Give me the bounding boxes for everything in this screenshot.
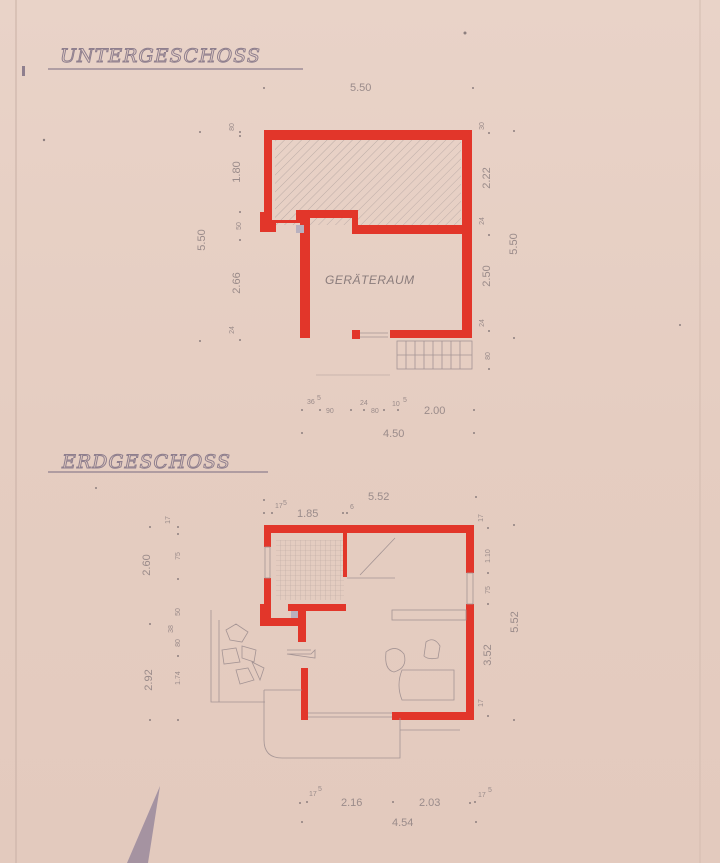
dim-top-overall: 5.52 (368, 491, 389, 503)
basement-plan: UNTERGESCHOSS (48, 45, 520, 440)
ground-floor-top-dims: 17 5 1.85 6 5.52 (263, 491, 477, 520)
window-east (467, 573, 473, 604)
svg-text:17: 17 (275, 503, 283, 510)
svg-text:5: 5 (488, 787, 492, 794)
chimney-square (296, 225, 304, 233)
svg-text:2.16: 2.16 (341, 797, 362, 809)
svg-text:5: 5 (318, 786, 322, 793)
svg-text:6: 6 (350, 504, 354, 511)
svg-text:75: 75 (485, 586, 492, 594)
ground-floor-title: ERDGESCHOSS (61, 451, 231, 473)
ground-floor-bottom-dims: 17 5 2.16 2.03 17 5 4.54 (299, 786, 492, 829)
svg-text:90: 90 (326, 408, 334, 415)
door-jamb (352, 330, 360, 339)
dim-left-2-66: 2.66 (231, 272, 243, 293)
svg-text:36: 36 (307, 399, 315, 406)
dim-right-overall: 5.52 (509, 611, 521, 632)
svg-text:5: 5 (317, 395, 321, 402)
svg-text:24: 24 (360, 400, 368, 407)
svg-text:24: 24 (479, 217, 486, 225)
svg-text:17: 17 (478, 699, 485, 707)
dim-top-overall: 5.50 (350, 82, 371, 94)
dim-bottom-overall: 4.54 (392, 817, 413, 829)
dim-left-overall: 5.50 (196, 229, 208, 250)
drawing-sheet: UNTERGESCHOSS (0, 0, 720, 863)
svg-text:10: 10 (392, 401, 400, 408)
svg-text:2.92: 2.92 (143, 669, 155, 690)
svg-text:17: 17 (309, 791, 317, 798)
svg-text:30: 30 (479, 122, 486, 130)
window-west (265, 547, 270, 578)
svg-text:80: 80 (229, 123, 236, 131)
svg-text:50: 50 (236, 222, 243, 230)
dim-right-2-22: 2.22 (481, 167, 493, 188)
svg-text:75: 75 (175, 552, 182, 560)
svg-text:2.00: 2.00 (424, 405, 445, 417)
basement-title: UNTERGESCHOSS (60, 45, 261, 67)
svg-text:38: 38 (168, 625, 175, 633)
svg-text:17: 17 (478, 792, 486, 799)
svg-text:1.74: 1.74 (175, 671, 182, 685)
svg-text:24: 24 (479, 319, 486, 327)
chimney-square (291, 611, 298, 618)
dim-bottom-overall: 4.50 (383, 428, 404, 440)
svg-text:80: 80 (371, 408, 379, 415)
dim-left-1-80: 1.80 (231, 161, 243, 182)
ground-floor-plan: ERDGESCHOSS (48, 451, 521, 863)
ground-floor-left-dims: 2.60 2.92 17 75 50 38 80 1.74 (141, 516, 182, 721)
basement-stairs (397, 341, 472, 369)
svg-text:17: 17 (478, 514, 485, 522)
floor-plan-drawing: UNTERGESCHOSS (0, 0, 720, 863)
svg-text:1.85: 1.85 (297, 508, 318, 520)
svg-text:80: 80 (175, 639, 182, 647)
svg-text:50: 50 (175, 608, 182, 616)
svg-text:1.10: 1.10 (485, 549, 492, 563)
svg-text:17: 17 (165, 516, 172, 524)
room-label-geraeteraum: GERÄTERAUM (325, 273, 415, 287)
north-arrow-icon (127, 786, 160, 863)
dim-right-2-50: 2.50 (481, 265, 493, 286)
dim-right-overall: 5.50 (508, 233, 520, 254)
svg-text:24: 24 (229, 326, 236, 334)
basement-bottom-dims: 36 5 90 24 80 10 5 2.00 4.50 (301, 395, 475, 440)
svg-text:2.03: 2.03 (419, 797, 440, 809)
margin-tick (22, 66, 25, 76)
svg-text:5: 5 (403, 397, 407, 404)
svg-text:3.52: 3.52 (482, 644, 494, 665)
svg-text:5: 5 (283, 500, 287, 507)
stair-grid (276, 540, 344, 600)
svg-text:2.60: 2.60 (141, 554, 153, 575)
svg-text:80: 80 (485, 352, 492, 360)
ground-floor-right-dims: 17 1.10 75 3.52 17 5.52 (478, 514, 521, 721)
